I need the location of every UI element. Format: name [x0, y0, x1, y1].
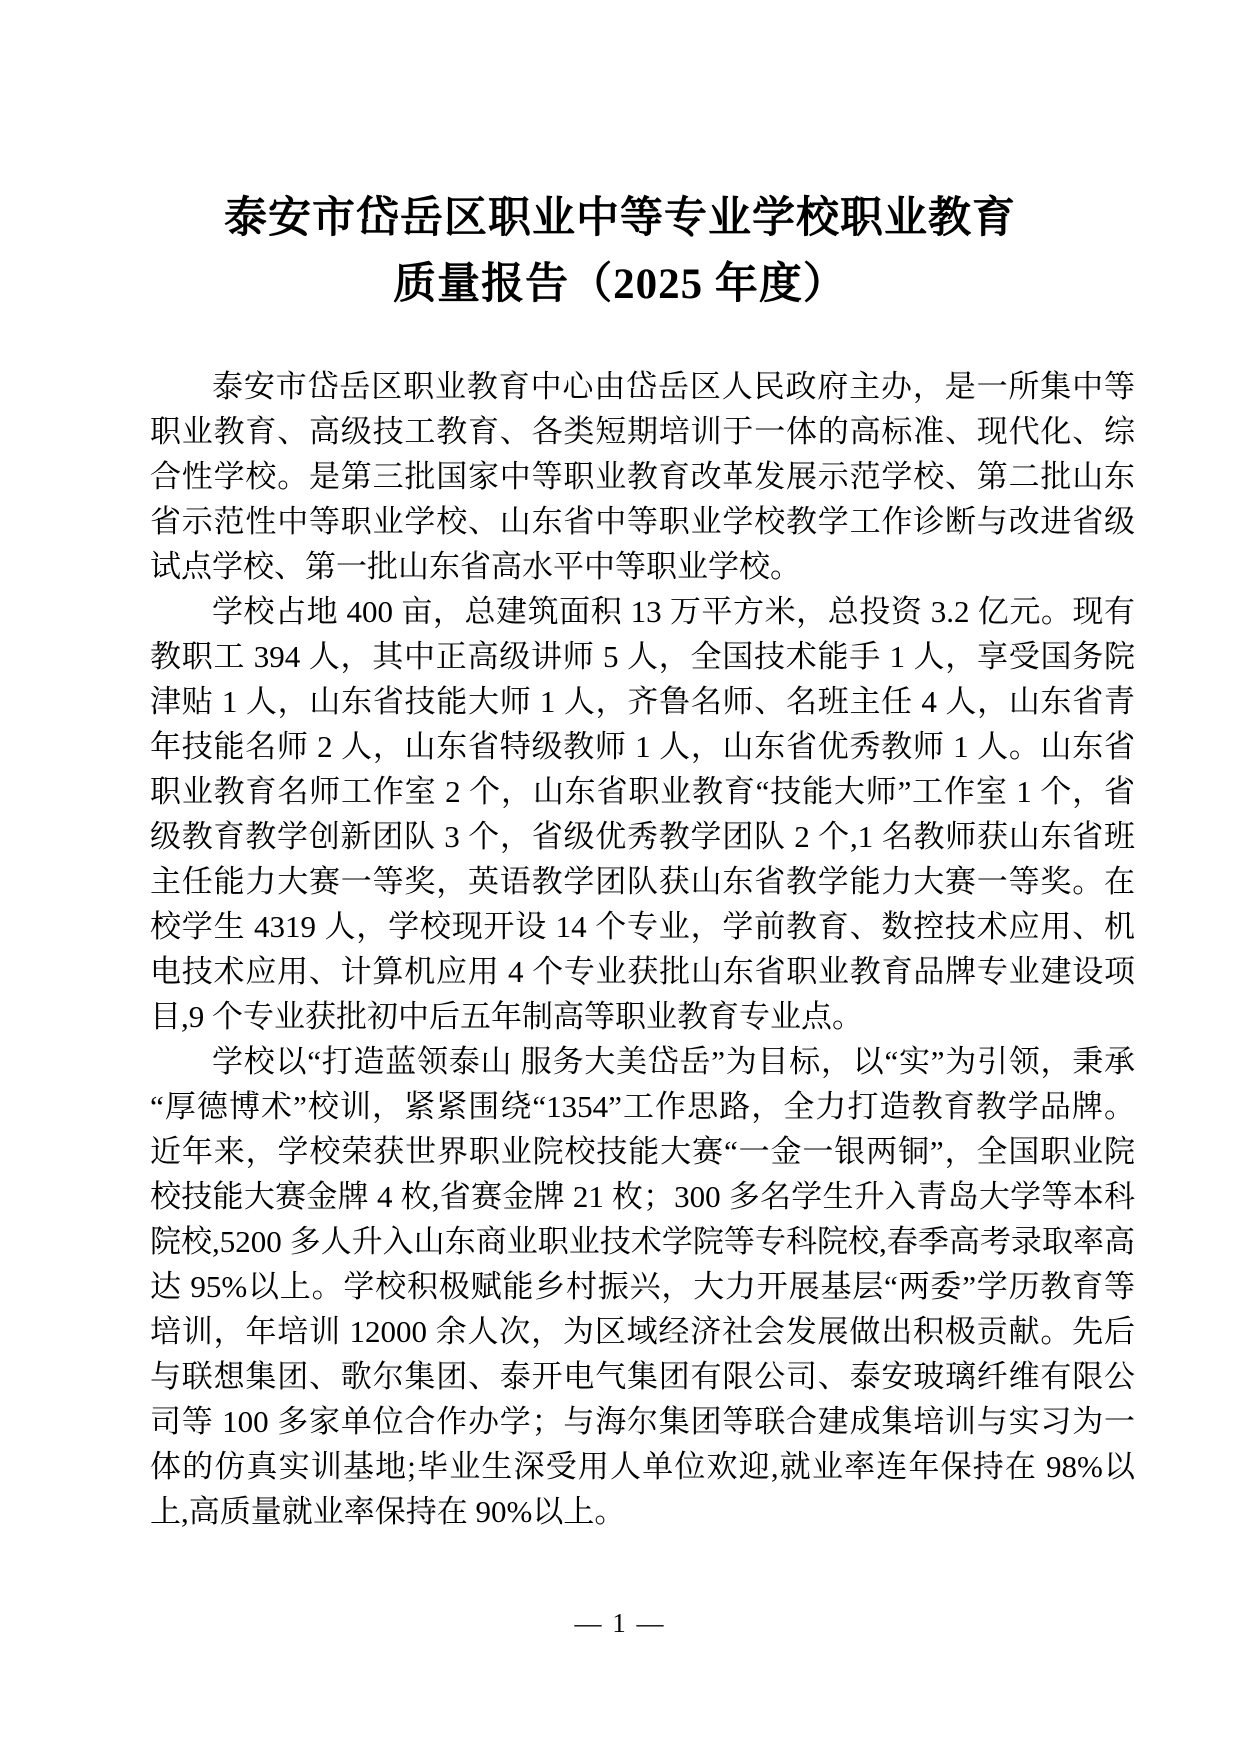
document-title: 泰安市岱岳区职业中等专业学校职业教育 质量报告（2025 年度） — [0, 0, 1240, 318]
body-paragraph-achievements: 学校以“打造蓝领泰山 服务大美岱岳”为目标，以“实”为引领，秉承“厚德博术”校训… — [150, 1039, 1135, 1534]
page-number: — 1 — — [0, 1606, 1240, 1640]
document-page: 泰安市岱岳区职业中等专业学校职业教育 质量报告（2025 年度） 泰安市岱岳区职… — [0, 0, 1240, 1753]
document-title-line-2: 质量报告（2025 年度） — [0, 252, 1240, 318]
body-paragraph-intro: 泰安市岱岳区职业教育中心由岱岳区人民政府主办，是一所集中等职业教育、高级技工教育… — [150, 364, 1135, 589]
body-paragraph-campus-faculty: 学校占地 400 亩，总建筑面积 13 万平方米，总投资 3.2 亿元。现有教职… — [150, 589, 1135, 1039]
document-title-line-1: 泰安市岱岳区职业中等专业学校职业教育 — [0, 186, 1240, 252]
document-body: 泰安市岱岳区职业教育中心由岱岳区人民政府主办，是一所集中等职业教育、高级技工教育… — [0, 364, 1240, 1534]
